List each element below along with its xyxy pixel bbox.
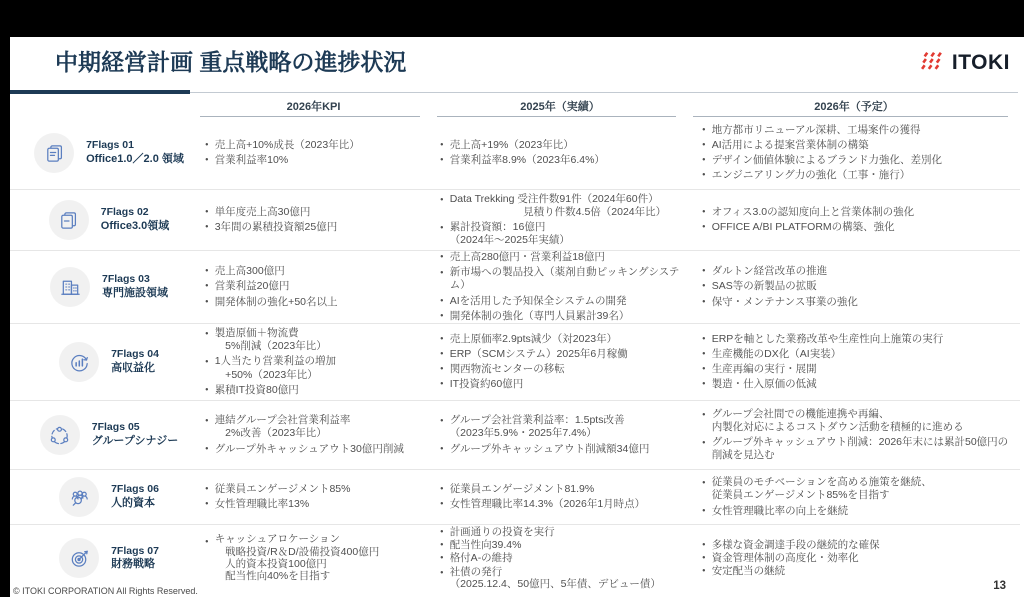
actual-cell: 売上原価率2.9pts減少（対2023年）ERP（SCMシステム）2025年6月… (432, 324, 688, 400)
flag-label: 7Flags 02 Office3.0領域 (101, 206, 169, 234)
bullet-item: 連結グループ会社営業利益率 2%改善（2023年比） (205, 414, 428, 440)
bullet-item: デザイン価値体験によるブランド力強化、差別化 (702, 154, 1010, 167)
strategy-table: 2026年KPI 2025年（実績） 2026年（予定） 7Flags 01 O… (10, 95, 1020, 591)
bullet-item: エンジニアリング力の強化（工事・施行） (702, 169, 1010, 182)
slide: 中期経営計画 重点戦略の進捗状況 ITOKI 2026年KPI 2025年（実績… (10, 37, 1024, 597)
bullet-item: 関西物流センターの移転 (440, 363, 684, 376)
bullet-item: 1人当たり営業利益の増加 +50%（2023年比） (205, 355, 428, 381)
kpi-cell: 売上高300億円営業利益20億円開発体制の強化+50名以上 (195, 251, 432, 323)
kpi-cell: 従業員エンゲージメント85%女性管理職比率13% (195, 470, 432, 524)
plan-cell: ダルトン経営改革の推進SAS等の新製品の拡販保守・メンテナンス事業の強化 (688, 251, 1020, 323)
flag-cell: 7Flags 04 高収益化 (10, 324, 195, 400)
actual-cell: 売上高280億円・営業利益18億円新市場への製品投入（薬剤自動ピッキングシステム… (432, 251, 688, 323)
bullet-item: 女性管理職比率14.3%（2026年1月時点） (440, 498, 684, 511)
group-synergy-icon (40, 415, 80, 455)
title-divider-line (190, 92, 1018, 93)
bullet-item: グループ外キャッシュアウト30億円削減 (205, 443, 428, 456)
plan-cell: オフィス3.0の認知度向上と営業体制の強化OFFICE A/BI PLATFOR… (688, 190, 1020, 250)
bullet-item: グループ外キャッシュアウト削減：2026年末には累計50億円の削減を見込む (702, 436, 1010, 462)
bullet-item: 新市場への製品投入（薬剤自動ピッキングシステム） (440, 266, 684, 292)
bullet-item: AIを活用した予知保全システムの開発 (440, 295, 684, 308)
column-header-kpi: 2026年KPI (195, 95, 432, 117)
bullet-item: グループ外キャッシュアウト削減額34億円 (440, 443, 684, 456)
kpi-cell: 単年度売上高30億円3年間の累積投資額25億円 (195, 190, 432, 250)
bullet-item: IT投資約60億円 (440, 378, 684, 391)
bullet-item: 開発体制の強化（専門人員累計39名） (440, 310, 684, 323)
office-3-0-docs-icon (49, 200, 89, 240)
bullet-item: 累計投資額：16億円 （2024年～2025年実績） (440, 221, 684, 247)
facility-building-icon (50, 267, 90, 307)
kpi-cell: 連結グループ会社営業利益率 2%改善（2023年比）グループ外キャッシュアウト3… (195, 401, 432, 469)
title-divider-accent (10, 90, 190, 94)
profit-growth-icon (59, 342, 99, 382)
bullet-item: グループ会社営業利益率：1.5pts改善 （2023年5.9%・2025年7.4… (440, 414, 684, 440)
flag-cell: 7Flags 07 財務戦略 (10, 525, 195, 591)
bullet-item: ERP（SCMシステム）2025年6月稼働 (440, 348, 684, 361)
bullet-item: Data Trekking 受注件数91件（2024年60件） 見積り件数4.5… (440, 193, 684, 219)
flag-cell: 7Flags 03 専門施設領域 (10, 251, 195, 323)
kpi-cell: 製造原価＋物流費 5%削減（2023年比）1人当たり営業利益の増加 +50%（2… (195, 324, 432, 400)
bullet-item: 地方都市リニューアル深耕、工場案件の獲得 (702, 124, 1010, 137)
bullet-item: ダルトン経営改革の推進 (702, 265, 1010, 278)
actual-cell: グループ会社営業利益率：1.5pts改善 （2023年5.9%・2025年7.4… (432, 401, 688, 469)
bullet-item: 社債の発行 （2025.12.4、50億円、5年債、デビュー債） (440, 566, 684, 591)
copyright-text: © ITOKI CORPORATION All Rights Reserved. (13, 586, 198, 596)
plan-cell: 従業員のモチベーションを高める施策を継続、 従業員エンゲージメント85%を目指す… (688, 470, 1020, 524)
office-1-0-2-0-docs-icon (34, 133, 74, 173)
flag-label: 7Flags 05 グループシナジー (92, 421, 178, 449)
bullet-item: 単年度売上高30億円 (205, 206, 428, 219)
flag-label: 7Flags 06 人的資本 (111, 483, 159, 511)
strategy-row-7flags-01: 7Flags 01 Office1.0／2.0 領域 売上高+10%成長（202… (10, 117, 1020, 190)
actual-cell: 従業員エンゲージメント81.9%女性管理職比率14.3%（2026年1月時点） (432, 470, 688, 524)
bullet-item: 売上高+19%（2023年比） (440, 139, 684, 152)
bullet-item: 製造・仕入原価の低減 (702, 378, 1010, 391)
presentation-stage: { "header": { "title": "中期経営計画 重点戦略の進捗状況… (0, 0, 1024, 597)
bullet-item: 営業利益20億円 (205, 280, 428, 293)
page-number: 13 (993, 580, 1006, 592)
flag-label: 7Flags 04 高収益化 (111, 348, 159, 376)
bullet-item: 保守・メンテナンス事業の強化 (702, 296, 1010, 309)
brand-text: ITOKI (952, 51, 1010, 75)
column-header-plan: 2026年（予定） (688, 95, 1020, 117)
flag-label: 7Flags 01 Office1.0／2.0 領域 (86, 139, 184, 167)
finance-target-icon (59, 538, 99, 578)
flag-cell: 7Flags 01 Office1.0／2.0 領域 (10, 117, 195, 189)
plan-cell: 地方都市リニューアル深耕、工場案件の獲得AI活用による提案営業体制の構築デザイン… (688, 117, 1020, 189)
bullet-item: 売上高300億円 (205, 265, 428, 278)
column-header-spacer (10, 95, 195, 117)
bullet-item: 開発体制の強化+50名以上 (205, 296, 428, 309)
bullet-item: 生産再編の実行・展開 (702, 363, 1010, 376)
strategy-row-7flags-04: 7Flags 04 高収益化 製造原価＋物流費 5%削減（2023年比）1人当た… (10, 324, 1020, 401)
flag-cell: 7Flags 06 人的資本 (10, 470, 195, 524)
column-header-actual: 2025年（実績） (432, 95, 688, 117)
title-divider (10, 90, 1018, 94)
bullet-item: OFFICE A/BI PLATFORMの構築、強化 (702, 221, 1010, 234)
flag-cell: 7Flags 02 Office3.0領域 (10, 190, 195, 250)
itoki-logo: ITOKI (921, 50, 1010, 75)
bullet-item: 女性管理職比率の向上を継続 (702, 505, 1010, 518)
bullet-item: 生産機能のDX化（AI実装） (702, 348, 1010, 361)
bullet-item: 従業員エンゲージメント81.9% (440, 483, 684, 496)
strategy-row-7flags-05: 7Flags 05 グループシナジー 連結グループ会社営業利益率 2%改善（20… (10, 401, 1020, 470)
table-header-row: 2026年KPI 2025年（実績） 2026年（予定） (10, 95, 1020, 117)
bullet-item: 資金管理体制の高度化・効率化 (702, 552, 1010, 564)
bullet-item: 売上原価率2.9pts減少（対2023年） (440, 333, 684, 346)
bullet-item: 累積IT投資80億円 (205, 384, 428, 397)
bullet-item: 女性管理職比率13% (205, 498, 428, 511)
kpi-cell: 売上高+10%成長（2023年比）営業利益率10% (195, 117, 432, 189)
actual-cell: 計画通りの投資を実行配当性向39.4%格付A-の維持社債の発行 （2025.12… (432, 525, 688, 591)
bullet-item: 3年間の累積投資額25億円 (205, 221, 428, 234)
itoki-hatch-icon (921, 50, 945, 75)
page-title: 中期経営計画 重点戦略の進捗状況 (55, 44, 406, 77)
bullet-item: 配当性向39.4% (440, 539, 684, 551)
bullet-item: 売上高280億円・営業利益18億円 (440, 251, 684, 264)
bullet-item: 売上高+10%成長（2023年比） (205, 139, 428, 152)
bullet-item: 営業利益率8.9%（2023年6.4%） (440, 154, 684, 167)
strategy-row-7flags-03: 7Flags 03 専門施設領域 売上高300億円営業利益20億円開発体制の強化… (10, 251, 1020, 324)
bullet-item: 従業員のモチベーションを高める施策を継続、 従業員エンゲージメント85%を目指す (702, 476, 1010, 502)
bullet-item: SAS等の新製品の拡販 (702, 280, 1010, 293)
human-capital-icon (59, 477, 99, 517)
bullet-item: AI活用による提案営業体制の構築 (702, 139, 1010, 152)
bullet-item: ERPを軸とした業務改革や生産性向上施策の実行 (702, 333, 1010, 346)
plan-cell: ERPを軸とした業務改革や生産性向上施策の実行生産機能のDX化（AI実装）生産再… (688, 324, 1020, 400)
bullet-item: オフィス3.0の認知度向上と営業体制の強化 (702, 206, 1010, 219)
actual-cell: Data Trekking 受注件数91件（2024年60件） 見積り件数4.5… (432, 190, 688, 250)
strategy-row-7flags-02: 7Flags 02 Office3.0領域 単年度売上高30億円3年間の累積投資… (10, 190, 1020, 251)
kpi-cell: キャッシュアロケーション 戦略投資/R＆D/設備投資400億円 人的資本投資10… (195, 525, 432, 591)
plan-cell: 多様な資金調達手段の継続的な確保資金管理体制の高度化・効率化安定配当の継続 (688, 525, 1020, 591)
flag-label: 7Flags 03 専門施設領域 (102, 273, 168, 301)
bullet-item: 営業利益率10% (205, 154, 428, 167)
plan-cell: グループ会社間での機能連携や再編、 内製化対応によるコストダウン活動を積極的に進… (688, 401, 1020, 469)
strategy-row-7flags-06: 7Flags 06 人的資本 従業員エンゲージメント85%女性管理職比率13% … (10, 470, 1020, 525)
flag-label: 7Flags 07 財務戦略 (111, 545, 159, 571)
actual-cell: 売上高+19%（2023年比）営業利益率8.9%（2023年6.4%） (432, 117, 688, 189)
bullet-item: 従業員エンゲージメント85% (205, 483, 428, 496)
bullet-item: 製造原価＋物流費 5%削減（2023年比） (205, 327, 428, 353)
flag-cell: 7Flags 05 グループシナジー (10, 401, 195, 469)
bullet-item: グループ会社間での機能連携や再編、 内製化対応によるコストダウン活動を積極的に進… (702, 408, 1010, 434)
bullet-item: 格付A-の維持 (440, 552, 684, 564)
strategy-row-7flags-07: 7Flags 07 財務戦略 キャッシュアロケーション 戦略投資/R＆D/設備投… (10, 525, 1020, 591)
bullet-item: 多様な資金調達手段の継続的な確保 (702, 539, 1010, 551)
bullet-item: キャッシュアロケーション 戦略投資/R＆D/設備投資400億円 人的資本投資10… (205, 533, 428, 582)
bullet-item: 計画通りの投資を実行 (440, 526, 684, 538)
bullet-item: 安定配当の継続 (702, 565, 1010, 577)
